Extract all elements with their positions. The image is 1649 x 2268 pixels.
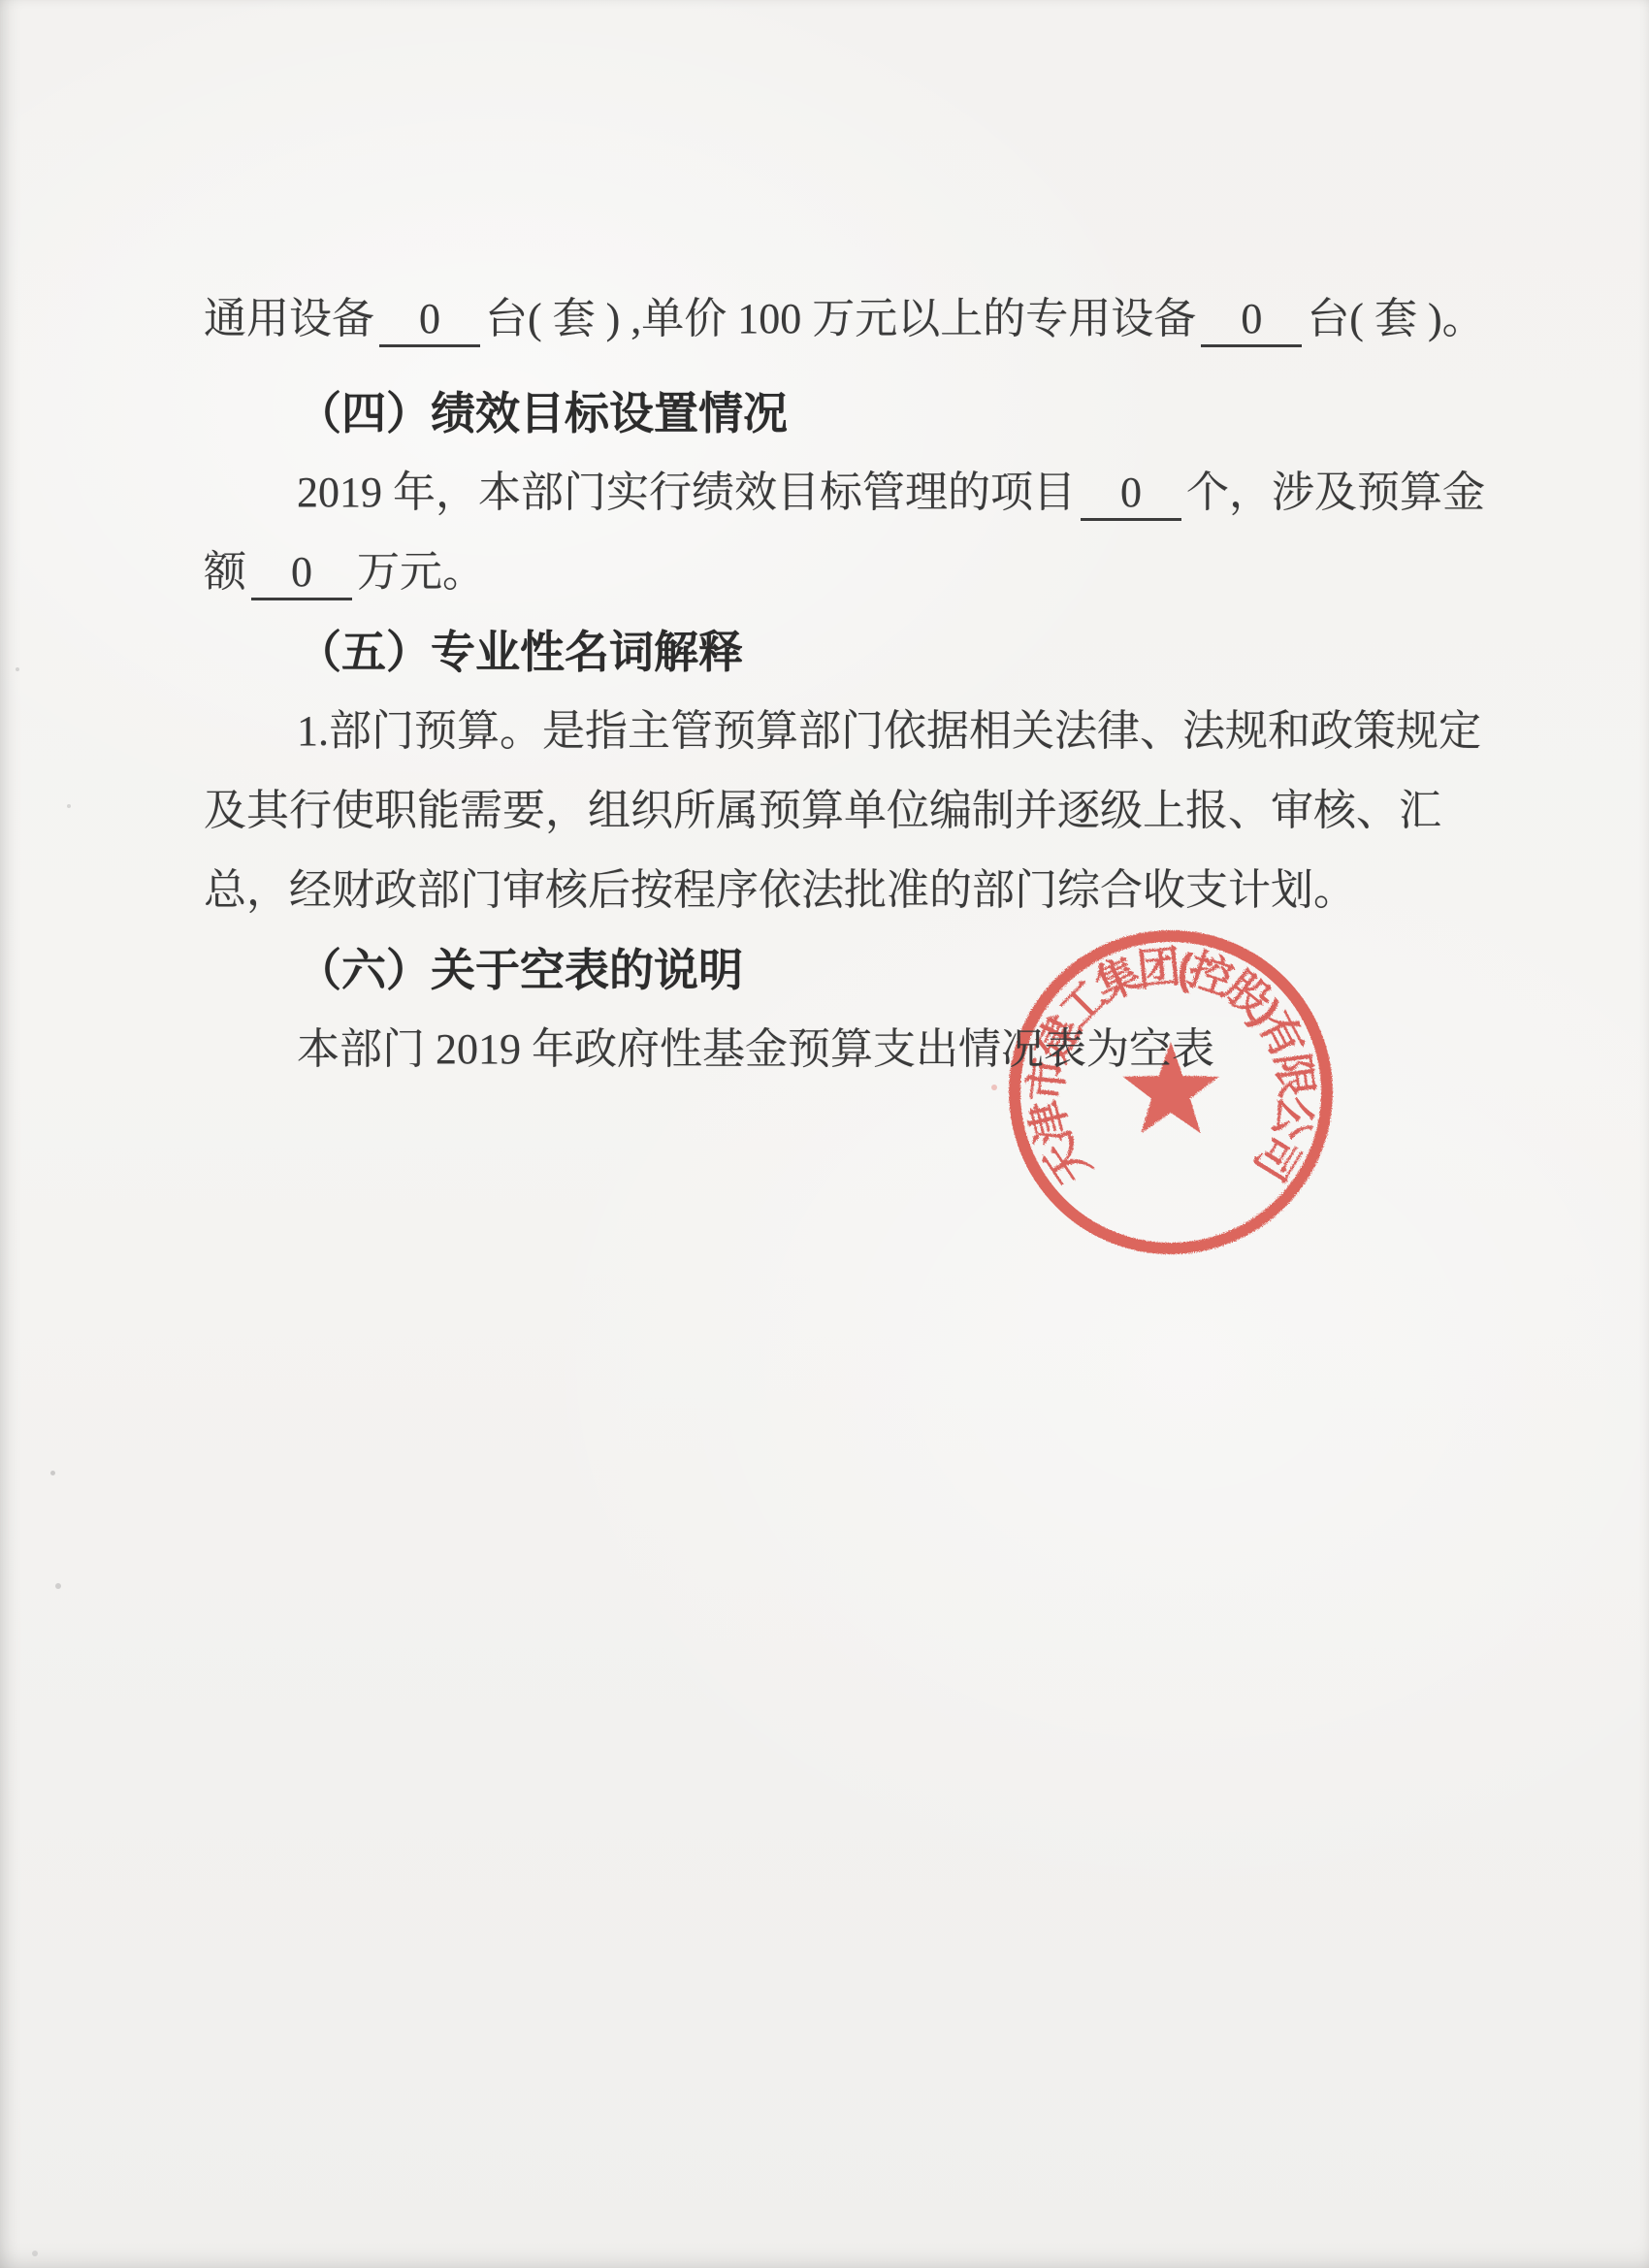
heading-line: （六）关于空表的说明 [204,930,1465,1010]
text-layer: 通用设备0台( 套 ) ,单价 100 万元以上的专用设备0台( 套 )。（四）… [204,279,1465,1089]
scanned-document-page: 天津市建工集团(控股)有限公司 通用设备0台( 套 ) ,单价 100 万元以上… [0,0,1649,2268]
filled-blank-value: 0 [1201,294,1302,347]
text-line: 额0万元。 [204,533,1465,612]
text-line: 2019 年，本部门实行绩效目标管理的项目0个，涉及预算金 [204,453,1465,533]
text-segment: 通用设备 [204,295,374,342]
filled-blank-value: 0 [1081,468,1181,521]
text-line: 及其行使职能需要，组织所属预算单位编制并逐级上报、审核、汇 [204,771,1465,851]
heading-line: （五）专业性名词解释 [204,612,1465,692]
text-segment: 台( 套 ) ,单价 100 万元以上的专用设备 [485,295,1196,342]
text-segment: 台( 套 )。 [1307,295,1484,342]
text-segment: 万元。 [357,548,485,596]
text-line: 1.部门预算。是指主管预算部门依据相关法律、法规和政策规定 [204,692,1465,771]
filled-blank-value: 0 [251,547,352,600]
heading-line: （四）绩效目标设置情况 [204,373,1465,453]
paper-speck [50,1471,55,1475]
paper-speck [55,1583,61,1589]
paper-speck [67,804,71,808]
text-segment: （四）绩效目标设置情况 [297,388,788,438]
text-line: 本部门 2019 年政府性基金预算支出情况表为空表 [204,1010,1465,1089]
text-segment: 本部门 2019 年政府性基金预算支出情况表为空表 [297,1025,1214,1073]
paper-speck [32,2251,38,2256]
text-segment: 额 [204,548,246,596]
text-segment: 1.部门预算。是指主管预算部门依据相关法律、法规和政策规定 [297,707,1481,755]
text-segment: 总，经财政部门审核后按程序依法批准的部门综合收支计划。 [204,866,1356,914]
text-line: 总，经财政部门审核后按程序依法批准的部门综合收支计划。 [204,851,1465,930]
text-segment: 及其行使职能需要，组织所属预算单位编制并逐级上报、审核、汇 [204,787,1441,834]
filled-blank-value: 0 [379,294,480,347]
text-line: 通用设备0台( 套 ) ,单价 100 万元以上的专用设备0台( 套 )。 [204,279,1465,359]
text-segment: 2019 年，本部门实行绩效目标管理的项目 [297,469,1076,516]
paper-speck [16,667,19,671]
text-segment: （五）专业性名词解释 [297,627,743,677]
text-segment: 个，涉及预算金 [1186,469,1485,516]
text-segment: （六）关于空表的说明 [297,945,743,995]
